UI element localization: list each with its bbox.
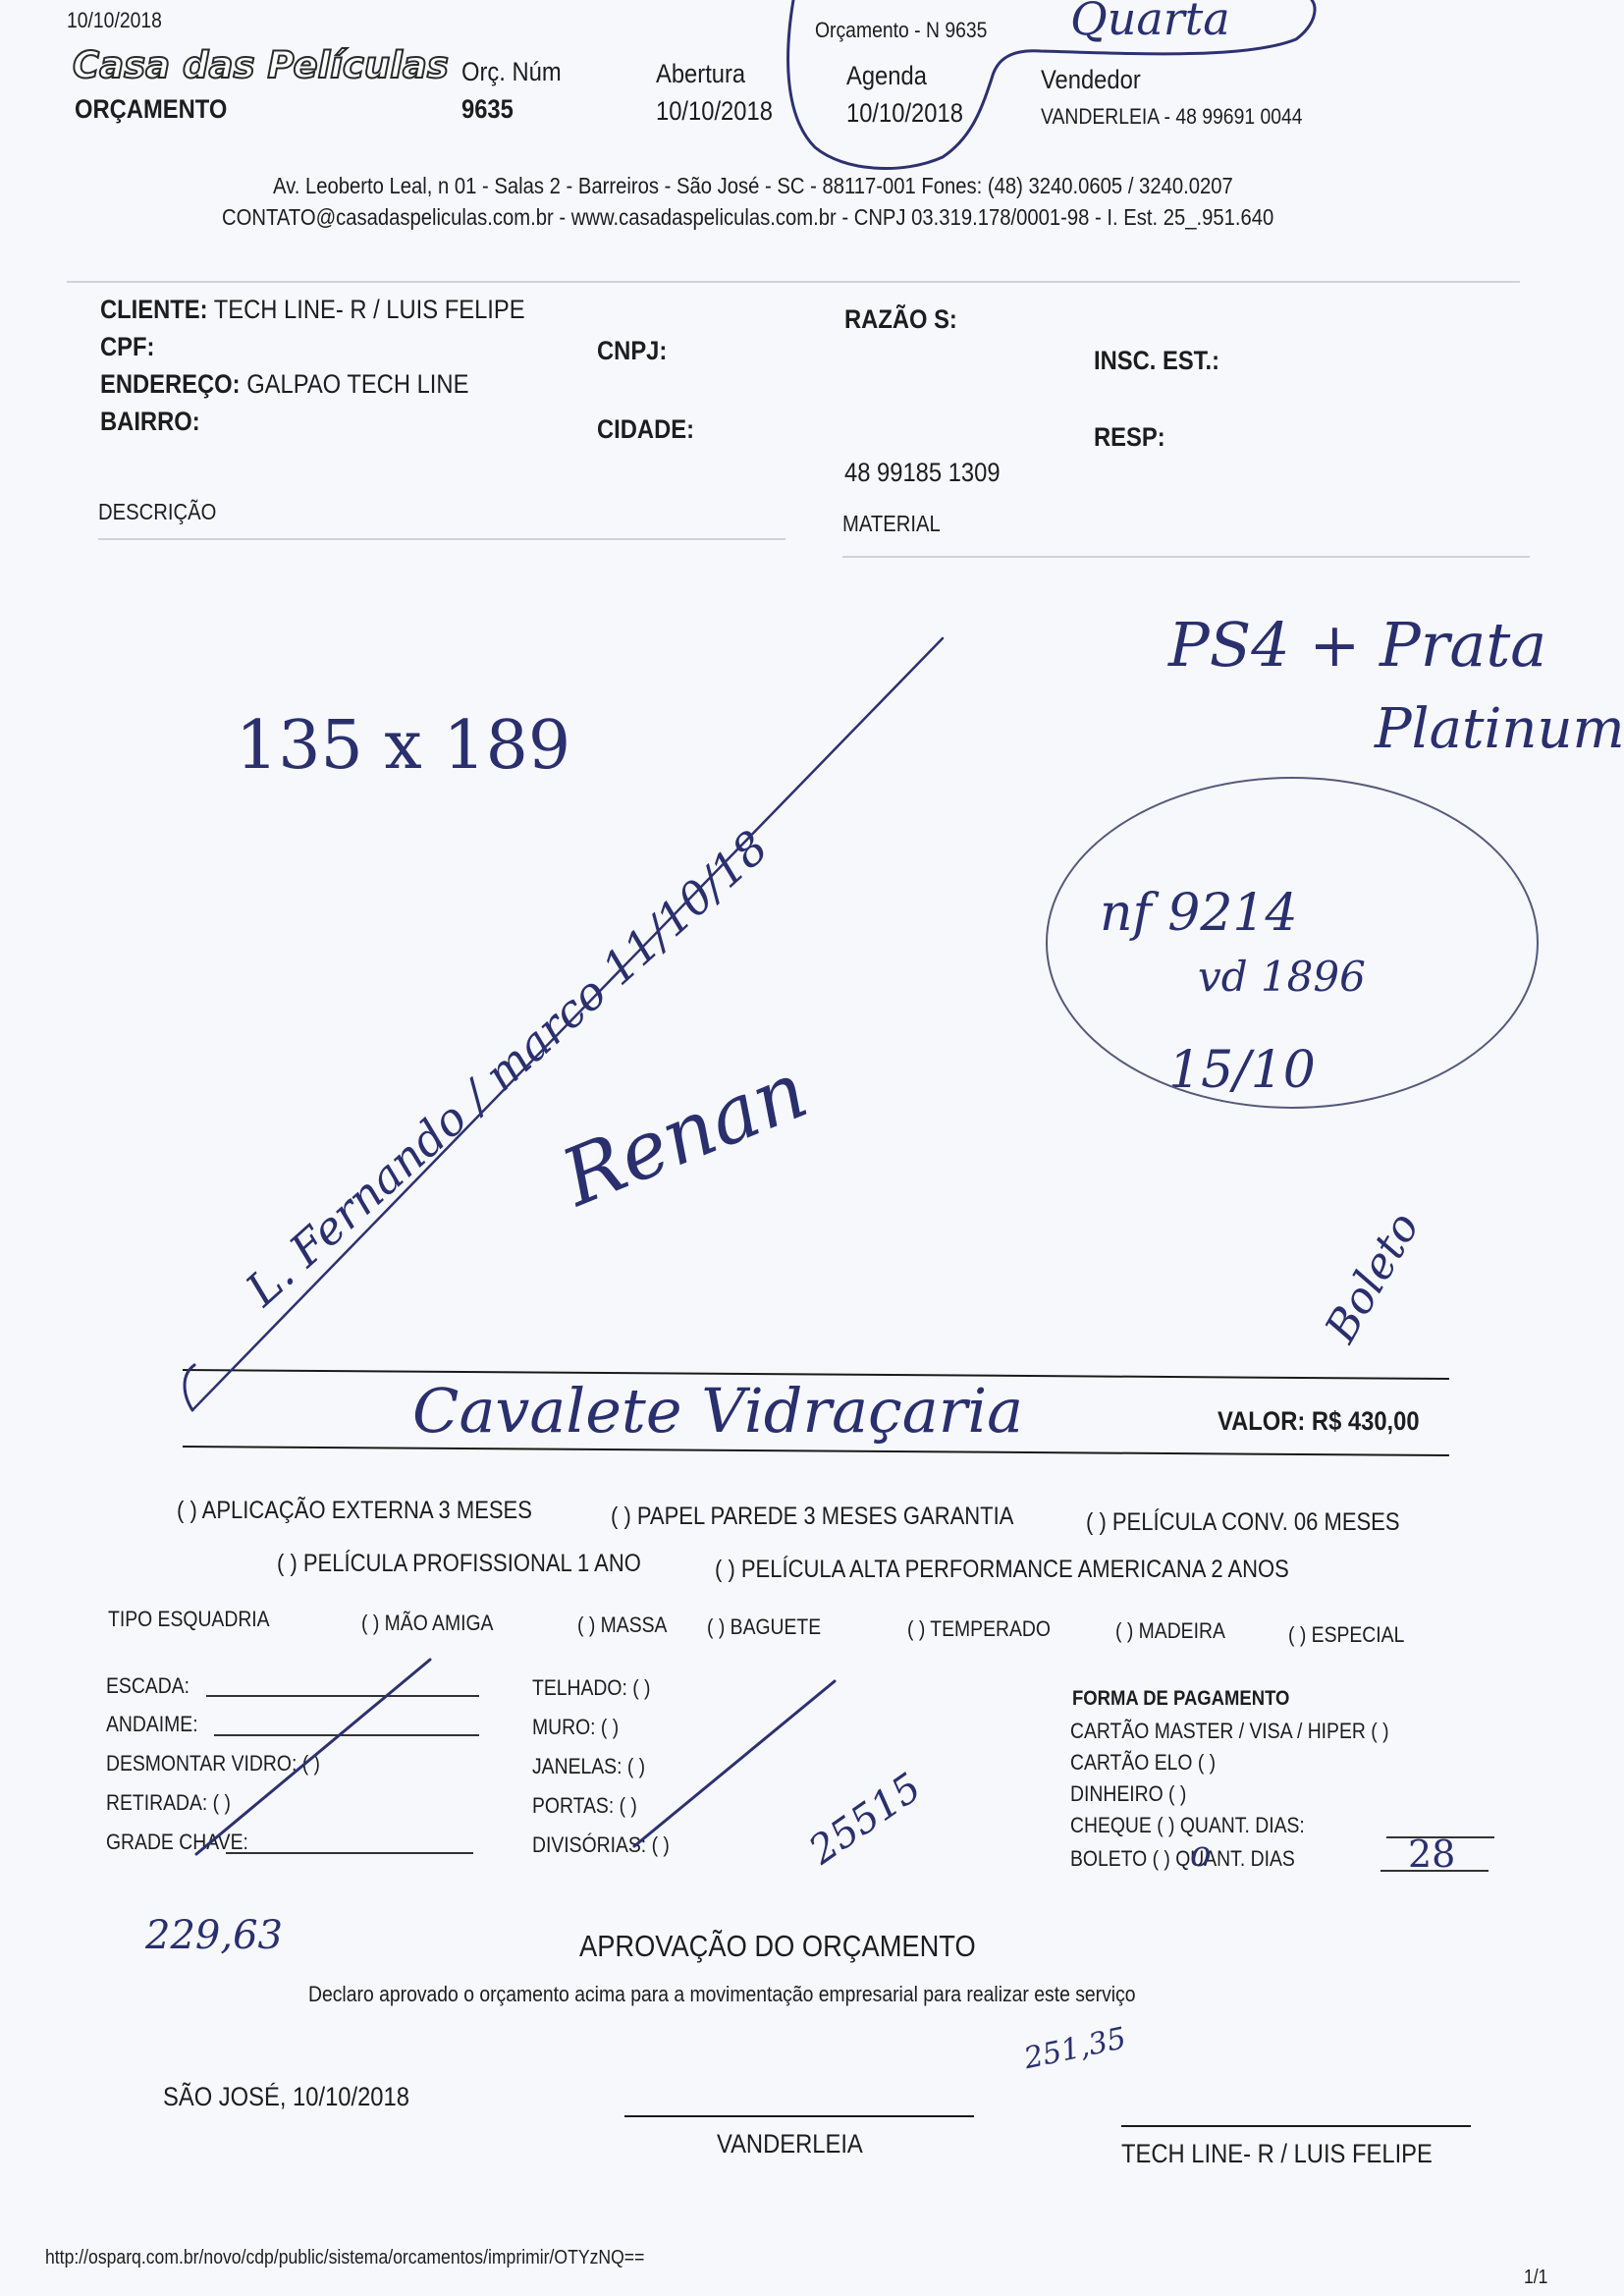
vendedor-label: Vendedor: [1041, 65, 1141, 95]
agenda-value: 10/10/2018: [846, 98, 963, 129]
extra-retirada[interactable]: RETIRADA: ( ): [106, 1790, 231, 1816]
service-option[interactable]: ( ) PELÍCULA ALTA PERFORMANCE AMERICANA …: [715, 1556, 1289, 1584]
esquadria-option[interactable]: ( ) ESPECIAL: [1288, 1622, 1404, 1648]
client-signer: TECH LINE- R / LUIS FELIPE: [1121, 2139, 1433, 2169]
company-logo: Casa das Películas: [73, 44, 449, 86]
handwritten-boleto-mark: o: [1190, 1834, 1212, 1875]
approval-title: APROVAÇÃO DO ORÇAMENTO: [579, 1929, 976, 1964]
andaime-blank[interactable]: [214, 1734, 479, 1736]
esquadria-option[interactable]: ( ) TEMPERADO: [907, 1616, 1051, 1642]
bubble-caption: Orçamento - N 9635: [815, 18, 987, 43]
vendor-signer: VANDERLEIA: [717, 2129, 863, 2159]
place-date: SÃO JOSÉ, 10/10/2018: [163, 2082, 409, 2112]
extra-janelas[interactable]: JANELAS: ( ): [532, 1754, 645, 1779]
bairro-label: BAIRRO:: [100, 407, 200, 437]
extra-escada: ESCADA:: [106, 1673, 189, 1699]
service-option[interactable]: ( ) PELÍCULA PROFISSIONAL 1 ANO: [277, 1550, 641, 1578]
payment-option-cheque[interactable]: CHEQUE ( ) QUANT. DIAS:: [1070, 1813, 1305, 1838]
extra-divisorias[interactable]: DIVISÓRIAS: ( ): [532, 1832, 670, 1858]
cpf-label: CPF:: [100, 332, 154, 362]
service-option[interactable]: ( ) APLICAÇÃO EXTERNA 3 MESES: [177, 1497, 532, 1525]
service-option[interactable]: ( ) PELÍCULA CONV. 06 MESES: [1086, 1508, 1400, 1537]
cliente-label: CLIENTE:: [100, 295, 208, 324]
handwritten-signature-line: L. Fernando / marco 11/10/18: [236, 820, 778, 1316]
esquadria-label: TIPO ESQUADRIA: [108, 1607, 270, 1632]
payment-option-boleto[interactable]: BOLETO ( ) QUANT. DIAS: [1070, 1846, 1295, 1872]
esquadria-option[interactable]: ( ) BAGUETE: [707, 1614, 821, 1640]
cidade-label: CIDADE:: [597, 414, 694, 445]
descricao-label: DESCRIÇÃO: [98, 499, 216, 525]
doc-type: ORÇAMENTO: [75, 94, 227, 125]
grade-chave-blank[interactable]: [226, 1852, 473, 1854]
resp-label: RESP:: [1094, 422, 1165, 453]
payment-option-card[interactable]: CARTÃO MASTER / VISA / HIPER ( ): [1070, 1719, 1389, 1744]
payment-option-elo[interactable]: CARTÃO ELO ( ): [1070, 1750, 1216, 1776]
extra-portas[interactable]: PORTAS: ( ): [532, 1793, 637, 1819]
orc-num-value: 9635: [461, 94, 514, 125]
abertura-value: 10/10/2018: [656, 96, 773, 127]
divider: [67, 281, 1520, 283]
orc-num-label: Orç. Núm: [461, 57, 562, 87]
endereco-value: GALPAO TECH LINE: [246, 369, 468, 399]
company-address: Av. Leoberto Leal, n 01 - Salas 2 - Barr…: [273, 173, 1233, 199]
abertura-label: Abertura: [656, 59, 745, 89]
esquadria-option[interactable]: ( ) MASSA: [577, 1613, 667, 1638]
handwritten-boleto-days: 28: [1408, 1832, 1455, 1876]
material-rule: [842, 556, 1530, 558]
vendor-signature-line[interactable]: [624, 2115, 974, 2117]
valor-total: VALOR: R$ 430,00: [1218, 1406, 1420, 1437]
insc-est-label: INSC. EST.:: [1094, 346, 1219, 376]
handwritten-note-3: 15/10: [1168, 1041, 1316, 1100]
footer-url[interactable]: http://osparq.com.br/novo/cdp/public/sis…: [45, 2247, 644, 2269]
payment-option-dinheiro[interactable]: DINHEIRO ( ): [1070, 1781, 1186, 1807]
handwritten-calc-2: 229,63: [145, 1913, 283, 1958]
esquadria-option[interactable]: ( ) MÃO AMIGA: [361, 1611, 493, 1636]
handwritten-note-2: vd 1896: [1198, 953, 1366, 1001]
handwritten-material-2: Platinum: [1375, 697, 1624, 761]
endereco-field: ENDEREÇO: GALPAO TECH LINE: [100, 369, 468, 400]
client-signature-line[interactable]: [1121, 2125, 1471, 2127]
item-bottom-rule: [183, 1446, 1449, 1456]
handwritten-calc-3: 251,35: [1021, 2021, 1129, 2076]
cliente-field: CLIENTE: TECH LINE- R / LUIS FELIPE: [100, 295, 525, 325]
extra-muro[interactable]: MURO: ( ): [532, 1715, 619, 1740]
escada-blank[interactable]: [206, 1695, 479, 1697]
vendedor-value: VANDERLEIA - 48 99691 0044: [1041, 104, 1303, 130]
cnpj-label: CNPJ:: [597, 336, 667, 366]
extra-telhado[interactable]: TELHADO: ( ): [532, 1675, 650, 1701]
handwritten-dimensions: 135 x 189: [236, 707, 570, 785]
service-option[interactable]: ( ) PAPEL PAREDE 3 MESES GARANTIA: [611, 1503, 1013, 1531]
agenda-label: Agenda: [846, 61, 927, 91]
handwritten-item-description: Cavalete Vidraçaria: [412, 1375, 1023, 1447]
handwritten-note-1: nf 9214: [1100, 884, 1298, 943]
handwritten-boleto-note: Boleto: [1316, 1204, 1430, 1350]
handwritten-material-1: PS4 + Prata: [1168, 609, 1546, 681]
cliente-value: TECH LINE- R / LUIS FELIPE: [214, 295, 525, 324]
client-phone: 48 99185 1309: [844, 458, 1001, 488]
handwritten-signature-2: Renan: [550, 1044, 819, 1224]
razao-label: RAZÃO S:: [844, 304, 957, 335]
company-contact: CONTATO@casadaspeliculas.com.br - www.ca…: [222, 204, 1273, 231]
handwritten-day: Quarta: [1070, 0, 1230, 45]
descricao-rule: [98, 538, 785, 540]
endereco-label: ENDEREÇO:: [100, 369, 241, 399]
extra-desmontar-vidro[interactable]: DESMONTAR VIDRO: ( ): [106, 1751, 320, 1777]
handwritten-calc-1: 25515: [801, 1765, 930, 1874]
approval-text: Declaro aprovado o orçamento acima para …: [308, 1982, 1136, 2007]
extra-andaime: ANDAIME:: [106, 1712, 198, 1737]
material-label: MATERIAL: [842, 511, 941, 537]
esquadria-option[interactable]: ( ) MADEIRA: [1115, 1618, 1225, 1644]
page-number: 1/1: [1524, 2267, 1547, 2289]
print-date: 10/10/2018: [67, 8, 162, 33]
payment-title: FORMA DE PAGAMENTO: [1072, 1687, 1289, 1711]
